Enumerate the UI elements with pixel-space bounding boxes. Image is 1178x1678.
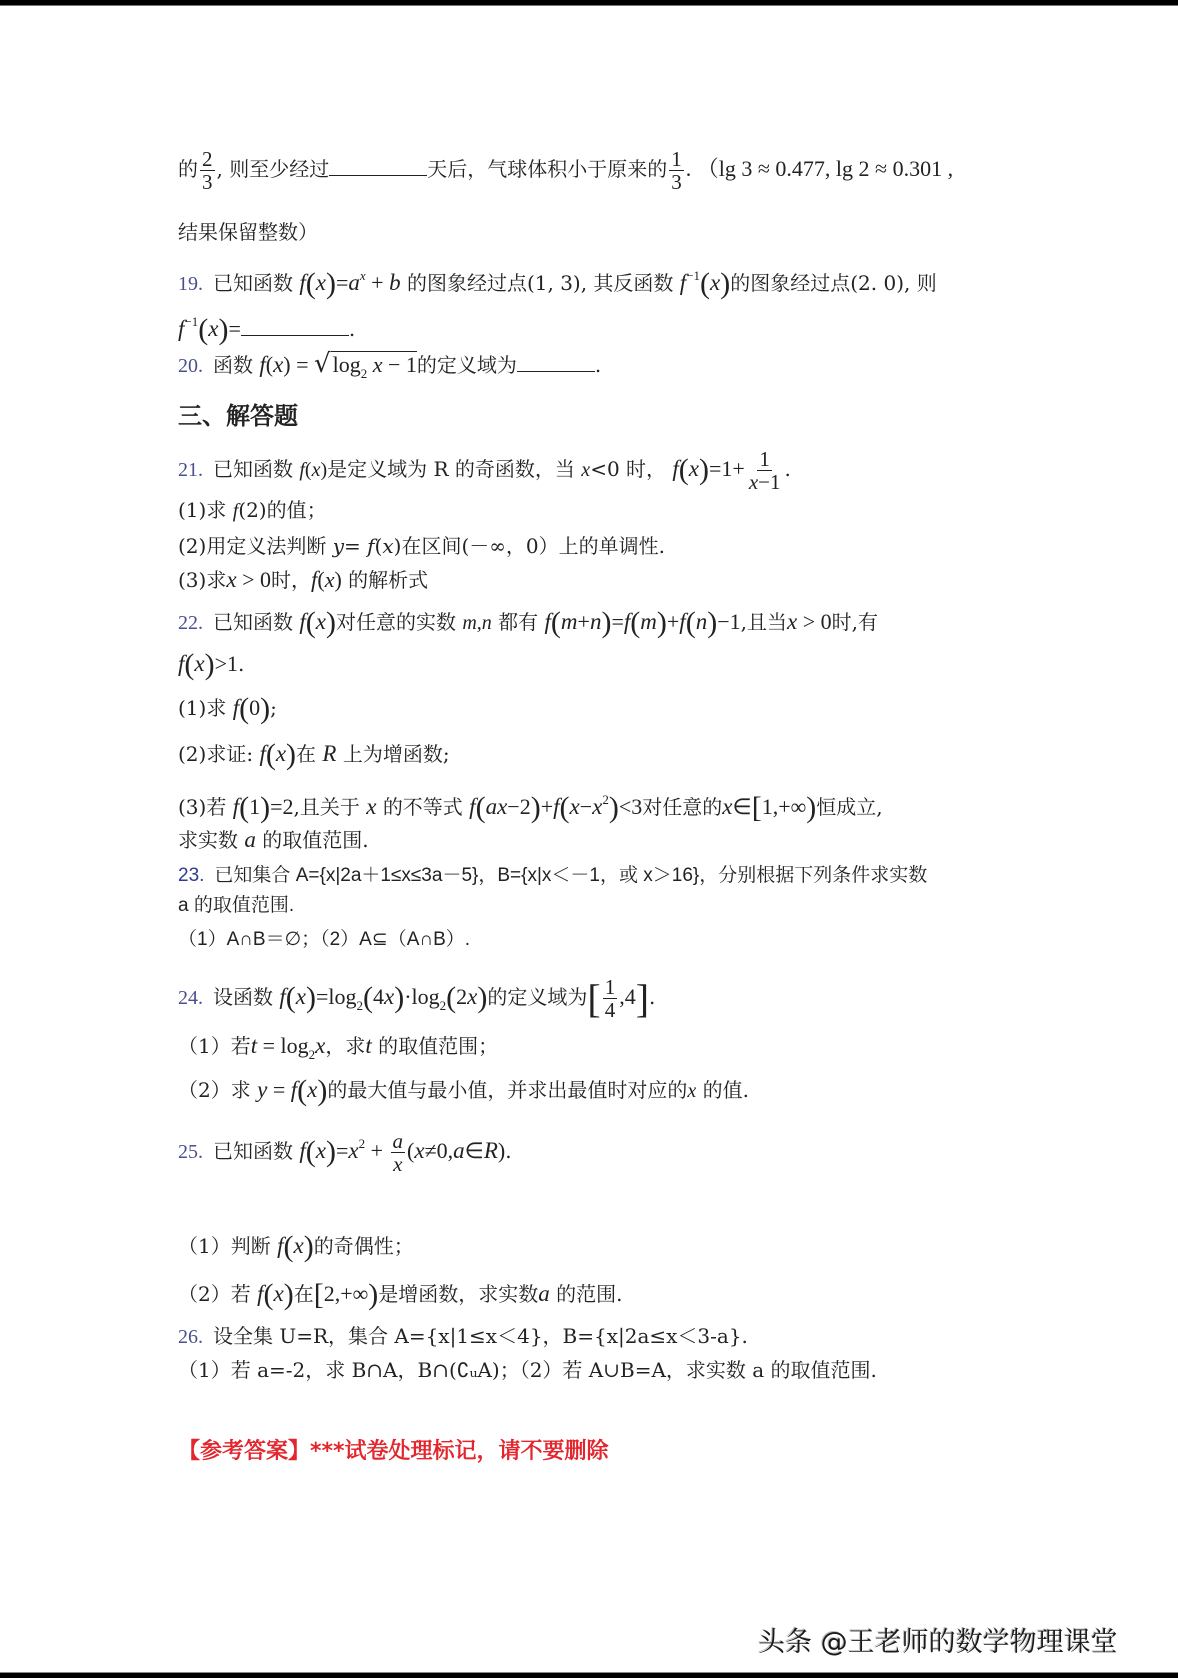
- question-22: 22.已知函数 f(x)对任意的实数 m,n 都有 f(m+n)=f(m)+f(…: [178, 608, 878, 637]
- q20-text: 的定义域为: [417, 353, 517, 377]
- question-number: 19.: [178, 273, 203, 295]
- q20-text: 函数: [213, 353, 253, 377]
- q22-part4: 求实数 a 的取值范围.: [178, 826, 369, 854]
- q18-text1: , 则至少经过: [217, 157, 330, 181]
- q18-line2: 结果保留整数）: [178, 218, 318, 246]
- q18-line1: 的23, 则至少经过天后，气球体积小于原来的13. （lg 3 ≈ 0.477,…: [178, 148, 953, 193]
- top-border: [0, 0, 1178, 6]
- answer-blank[interactable]: [517, 353, 595, 372]
- answer-blank[interactable]: [329, 157, 427, 176]
- q25-part1: （1）判断 f(x)的奇偶性；: [178, 1232, 414, 1261]
- q22-part3: (3)若 f(1)=2,且关于 x 的不等式 f(ax−2)+f(x−x2)<3…: [178, 786, 883, 822]
- answer-key-marker: 【参考答案】***试卷处理标记，请不要删除: [178, 1434, 609, 1465]
- q22-part1: (1)求 f(0);: [178, 694, 277, 723]
- question-number: 26.: [178, 1326, 203, 1348]
- q26-parts: （1）若 a=-2，求 B∩A，B∩(∁ᵤA)；（2）若 A∪B=A，求实数 a…: [178, 1356, 877, 1384]
- q24-part2: （2）求 y = f(x)的最大值与最小值，并求出最值时对应的x 的值.: [178, 1076, 749, 1105]
- question-19-line2: f−1(x)=.: [178, 308, 355, 344]
- question-21: 21.已知函数 f(x)是定义域为 R 的奇函数，当 x<0 时， f(x)=1…: [178, 448, 791, 493]
- question-22-line2: f(x)>1.: [178, 650, 244, 679]
- q23-parts: （1）A∩B＝∅；（2）A⊆（A∩B）.: [178, 926, 470, 954]
- question-26: 26.设全集 U=R，集合 A={x|1≤x＜4}，B={x|2a≤x＜3-a}…: [178, 1322, 748, 1351]
- q19-text: 的图象经过点(1, 3), 其反函数: [407, 271, 673, 295]
- q21-part3: (3)求x > 0时，f(x) 的解析式: [178, 566, 428, 594]
- question-number: 24.: [178, 987, 203, 1009]
- q18-text2: 天后，气球体积小于原来的: [427, 157, 667, 181]
- question-19: 19.已知函数 f(x)=ax + b 的图象经过点(1, 3), 其反函数 f…: [178, 262, 937, 298]
- q24-part1: （1）若t = log2x，求t 的取值范围；: [178, 1032, 498, 1069]
- q18-hint: . （lg 3 ≈ 0.477, lg 2 ≈ 0.301 ,: [686, 156, 953, 181]
- question-23: 23.已知集合 A={x|2a＋1≤x≤3a－5}，B={x|x＜－1，或 x＞…: [178, 860, 927, 890]
- sqrt-icon: √: [314, 349, 331, 379]
- q18-prefix: 的: [178, 157, 198, 181]
- question-number: 23.: [178, 865, 204, 886]
- q21-part1: (1)求 f(2)的值；: [178, 496, 327, 525]
- watermark: 头条 @王老师的数学物理课堂: [758, 1620, 1118, 1659]
- question-number: 22.: [178, 612, 203, 634]
- q19-text: 已知函数: [213, 271, 293, 295]
- section-title: 三、解答题: [178, 396, 298, 431]
- question-23-line2: a 的取值范围.: [178, 892, 294, 920]
- fraction-2-3: 23: [200, 148, 215, 193]
- bottom-border: [0, 1672, 1178, 1678]
- q21-part2: (2)用定义法判断 y= f(x)在区间(－∞，0）上的单调性.: [178, 532, 665, 560]
- q22-part2: (2)求证: f(x)在 R 上为增函数;: [178, 740, 450, 769]
- fraction: 1x−1: [747, 448, 783, 493]
- fraction-1-3: 13: [669, 148, 684, 193]
- answer-blank[interactable]: [241, 317, 349, 336]
- q25-part2: （2）若 f(x)在[2,+∞)是增函数，求实数a 的范围.: [178, 1280, 623, 1309]
- question-20: 20.函数 f(x) = √log2 x − 1的定义域为.: [178, 350, 601, 388]
- question-24: 24.设函数 f(x)=log2(4x)·log2(2x)的定义域为[14,4]…: [178, 976, 655, 1021]
- question-25: 25.已知函数 f(x)=x2 + ax(x≠0,a∈R).: [178, 1130, 512, 1175]
- q19-text: 的图象经过点(2. 0), 则: [730, 271, 936, 295]
- question-number: 20.: [178, 355, 203, 377]
- question-number: 25.: [178, 1141, 203, 1163]
- question-number: 21.: [178, 459, 203, 481]
